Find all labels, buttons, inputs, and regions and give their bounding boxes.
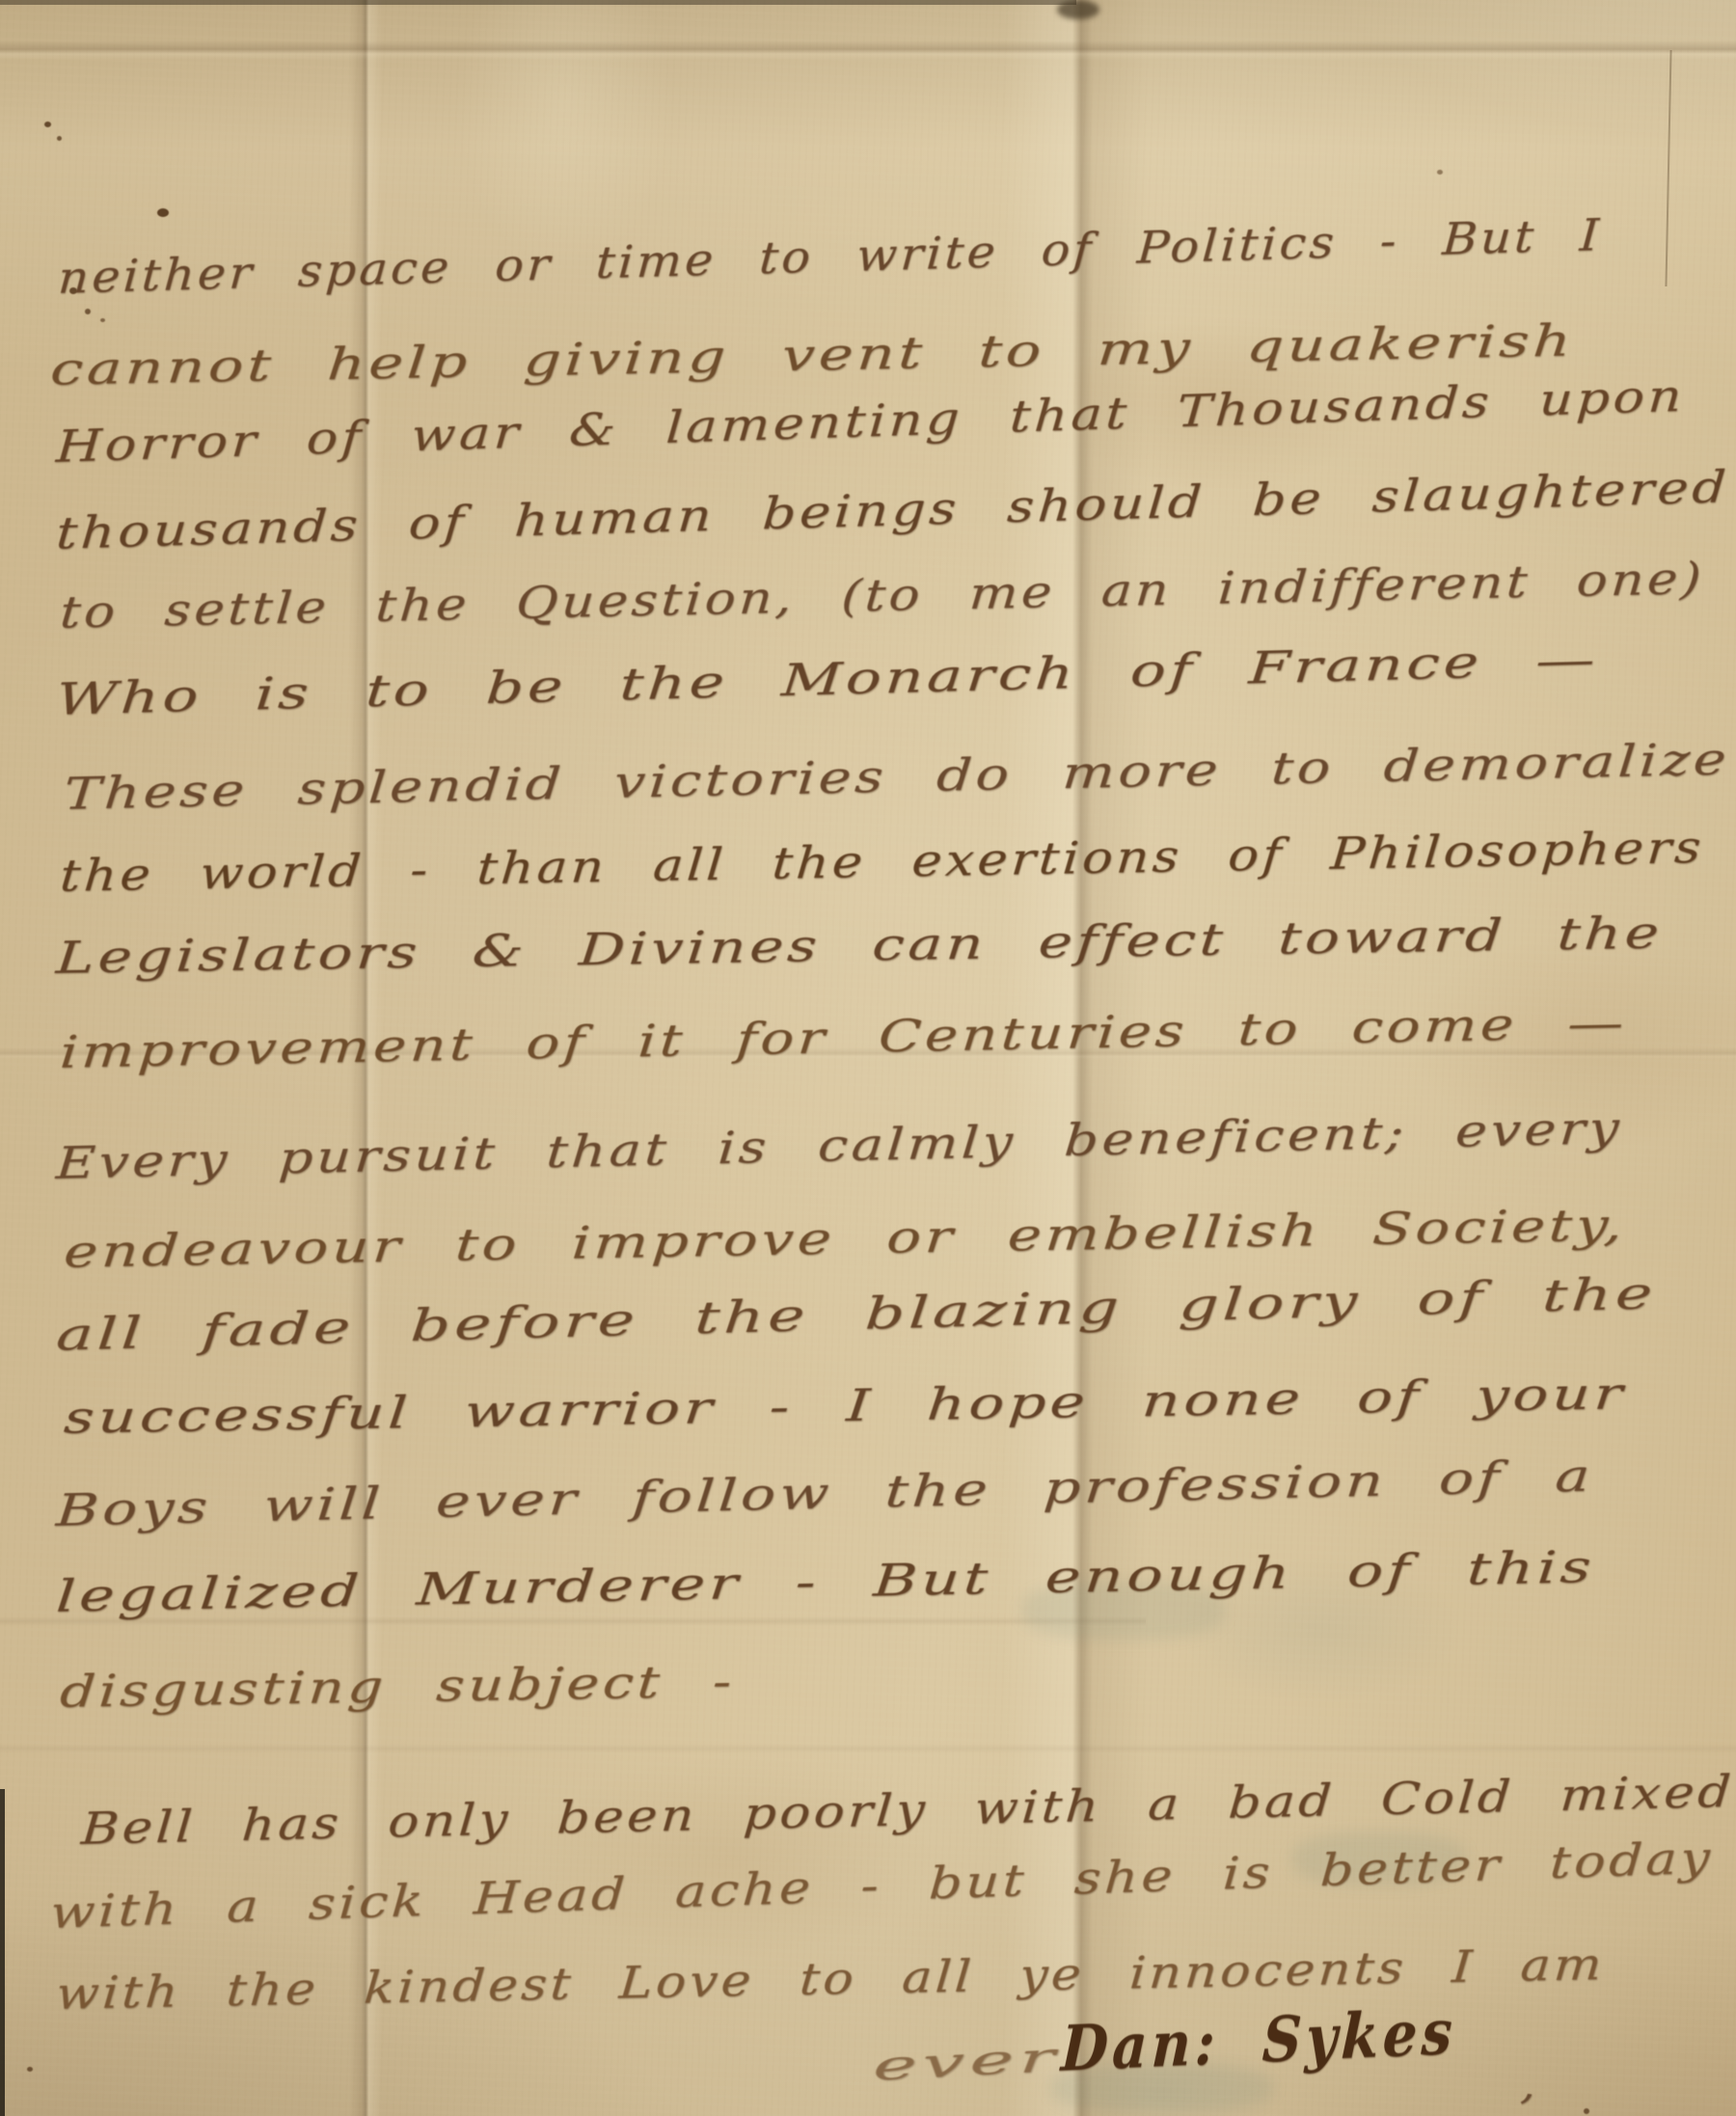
- ink-spot: [1584, 2108, 1589, 2114]
- letter-line: endeavour to improve or embellish Societ…: [62, 1199, 1627, 1278]
- ink-spot: [44, 122, 51, 127]
- letter-line: Legislators & Divines can effect toward …: [54, 907, 1664, 984]
- letter-line: Boys will ever follow the profession of …: [55, 1450, 1595, 1536]
- letter-line: to settle the Question, (to me an indiff…: [59, 552, 1706, 638]
- letter-line: the world - than all the exertions of Ph…: [58, 821, 1705, 902]
- letter-line: These splendid victories do more to demo…: [63, 733, 1732, 820]
- signature: Dan: Sykes: [1060, 1996, 1458, 2086]
- ink-spot: [85, 309, 91, 314]
- letter-line: disgusting subject -: [58, 1655, 737, 1718]
- letter-line: improvement of it for Centuries to come …: [59, 996, 1629, 1078]
- scan-edge-top: [0, 0, 1076, 5]
- letter-line: all fade before the blazing glory of the: [55, 1266, 1658, 1361]
- ink-spot: [100, 318, 105, 322]
- letter-line: Every pursuit that is calmly beneficent;…: [55, 1101, 1624, 1189]
- letter-line: Who is to be the Monarch of France —: [55, 633, 1601, 725]
- closing-word: ever: [872, 2033, 1061, 2090]
- letter-line: thousands of human beings should be slau…: [55, 460, 1731, 559]
- scan-edge-left: [0, 1789, 5, 2116]
- fold-crease-horizontal-top: [0, 41, 1736, 60]
- paper-crack: [1665, 50, 1671, 286]
- ink-spot: [157, 208, 169, 217]
- letter-line: successful warrior - I hope none of your: [62, 1368, 1628, 1445]
- letter-page: neither space or time to write of Politi…: [0, 0, 1736, 2116]
- ink-spot: [27, 2067, 33, 2072]
- signature-flourish: ,: [1519, 2056, 1543, 2110]
- letter-line: legalized Murderer - But enough of this: [55, 1540, 1597, 1622]
- fold-crease-horizontal-bottom: [0, 1744, 1736, 1753]
- ink-smudge: [1057, 0, 1099, 19]
- ink-spot: [57, 136, 62, 141]
- letter-line: neither space or time to write of Politi…: [57, 208, 1604, 304]
- ink-spot: [1437, 170, 1443, 175]
